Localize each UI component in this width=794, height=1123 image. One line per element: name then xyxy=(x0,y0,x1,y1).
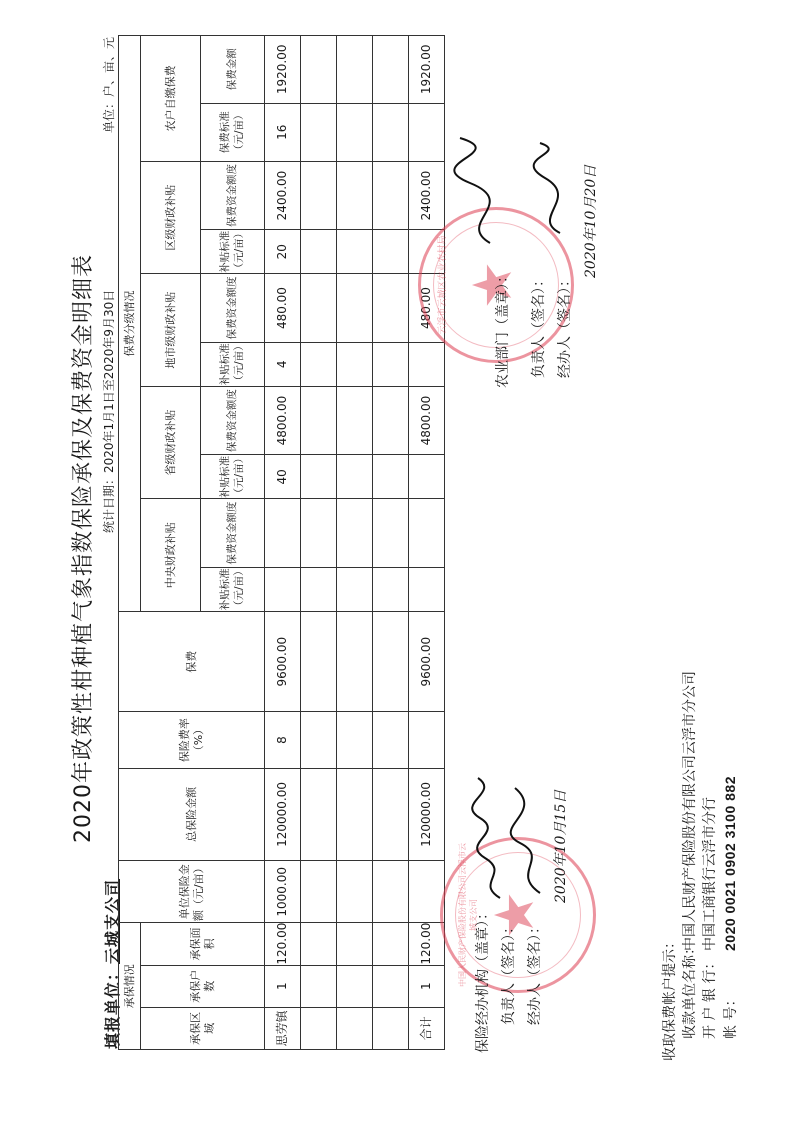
cell-dist-std: 20 xyxy=(265,230,301,274)
cell-muni-std xyxy=(337,342,373,386)
cell-muni-std xyxy=(373,342,409,386)
cell-dist-amt xyxy=(337,161,373,229)
cell-farmer-std xyxy=(409,103,445,161)
agri-org-label: 农业部门（盖章）： xyxy=(490,165,516,388)
cell-area xyxy=(301,923,337,965)
cell-area xyxy=(373,923,409,965)
cell-prov-std xyxy=(337,455,373,499)
cell-farmer-amt xyxy=(301,36,337,104)
cell-central-amt xyxy=(373,499,409,567)
cell-prov-std xyxy=(409,455,445,499)
cell-farmer-std: 16 xyxy=(265,103,301,161)
cell-premium xyxy=(301,611,337,711)
insurer-sign-block: 保险经办机构（盖章）： 负责人（签名）： 经办人（签名）： 2020年10月15… xyxy=(470,790,574,1053)
cell-prov-std: 40 xyxy=(265,455,301,499)
cell-prov-amt: 4800.00 xyxy=(265,386,301,454)
statistics-date: 统计日期：2020年1月1日至2020年9月30日 xyxy=(100,290,117,533)
cell-premium: 9600.00 xyxy=(265,611,301,711)
cell-region xyxy=(337,1007,373,1049)
header-unit-amount: 单位保险金额（元/亩） xyxy=(119,861,265,923)
cell-dist-amt xyxy=(301,161,337,229)
cell-rate xyxy=(373,712,409,768)
cell-rate xyxy=(337,712,373,768)
premium-detail-table: 承保情况 单位保险金额（元/亩） 总保险金额 保险费率（%） 保费 保费分级情况… xyxy=(118,35,445,1050)
cell-farmer-amt xyxy=(337,36,373,104)
header-premium: 保费 xyxy=(119,611,265,711)
insurer-org-label: 保险经办机构（盖章）： xyxy=(470,790,496,1053)
cell-dist-std xyxy=(373,230,409,274)
header-provincial-subsidy: 省级财政补贴 xyxy=(141,386,201,499)
cell-unit-amount xyxy=(301,861,337,923)
cell-region xyxy=(373,1007,409,1049)
account-number-label: 帐 号： xyxy=(721,951,741,1061)
cell-unit-amount xyxy=(373,861,409,923)
cell-farmer-std xyxy=(301,103,337,161)
header-premium-breakdown: 保费分级情况 xyxy=(119,36,141,612)
cell-central-amt xyxy=(337,499,373,567)
payee-label: 收款单位名称： xyxy=(680,951,700,1061)
header-dist-std: 补贴标准（元/亩） xyxy=(201,230,265,274)
header-muni-amt: 保费资金额度 xyxy=(201,274,265,342)
bank-value: 中国工商银行云浮市分行 xyxy=(702,797,718,951)
cell-prov-amt xyxy=(373,386,409,454)
cell-region xyxy=(301,1007,337,1049)
cell-households: 1 xyxy=(265,965,301,1007)
cell-farmer-std xyxy=(337,103,373,161)
table-row xyxy=(373,36,409,1050)
header-prov-std: 补贴标准（元/亩） xyxy=(201,455,265,499)
agri-head-label: 负责人（签名）： xyxy=(526,165,552,388)
cell-area: 120.00 xyxy=(265,923,301,965)
cell-unit-amount: 1000.00 xyxy=(265,861,301,923)
agri-date: 2020年10月20日 xyxy=(578,165,604,388)
cell-households xyxy=(373,965,409,1007)
header-central-amt: 保费资金额度 xyxy=(201,499,265,567)
cell-farmer-std xyxy=(373,103,409,161)
table-total-row: 合计1120.00120000.009600.004800.00480.0024… xyxy=(409,36,445,1050)
agri-sign-block: 农业部门（盖章）： 负责人（签名）： 经办人（签名）： 2020年10月20日 xyxy=(490,165,604,388)
account-heading: 收取保费帐户提示： xyxy=(660,671,680,1061)
cell-farmer-amt xyxy=(373,36,409,104)
header-region: 承保区域 xyxy=(141,1007,265,1049)
cell-central-amt xyxy=(301,499,337,567)
cell-rate: 8 xyxy=(265,712,301,768)
cell-muni-amt xyxy=(301,274,337,342)
cell-central-std xyxy=(301,567,337,611)
cell-central-std xyxy=(409,567,445,611)
header-central-std: 补贴标准（元/亩） xyxy=(201,567,265,611)
cell-region: 合计 xyxy=(409,1007,445,1049)
header-total-amount: 总保险金额 xyxy=(119,768,265,860)
cell-total-amount xyxy=(337,768,373,860)
cell-premium: 9600.00 xyxy=(409,611,445,711)
table-row xyxy=(337,36,373,1050)
header-farmer-std: 保费标准（元/亩） xyxy=(201,103,265,161)
header-farmer-amt: 保费金额 xyxy=(201,36,265,104)
rotated-document-page: 2020年政策性柑种植气象指数保险承保及保费资金明细表 填报单位：云城支公司 统… xyxy=(0,0,794,1123)
cell-premium xyxy=(373,611,409,711)
cell-muni-amt: 480.00 xyxy=(265,274,301,342)
header-district-subsidy: 区级财政补贴 xyxy=(141,161,201,274)
document-title: 2020年政策性柑种植气象指数保险承保及保费资金明细表 xyxy=(66,283,97,843)
header-prov-amt: 保费资金额度 xyxy=(201,386,265,454)
cell-prov-amt xyxy=(301,386,337,454)
cell-dist-std xyxy=(337,230,373,274)
cell-prov-amt: 4800.00 xyxy=(409,386,445,454)
header-area: 承保面积 xyxy=(141,923,265,965)
cell-central-amt xyxy=(409,499,445,567)
cell-households xyxy=(337,965,373,1007)
agri-stamp-text: 云浮市云城区农业农村局 xyxy=(435,210,448,360)
cell-unit-amount xyxy=(337,861,373,923)
cell-muni-amt xyxy=(337,274,373,342)
payee-value: 中国人民财产保险股份有限公司云浮市分公司 xyxy=(682,671,698,951)
cell-total-amount xyxy=(301,768,337,860)
cell-total-amount xyxy=(373,768,409,860)
cell-households xyxy=(301,965,337,1007)
header-central-subsidy: 中央财政补贴 xyxy=(141,499,201,612)
header-households: 承保户数 xyxy=(141,965,265,1007)
cell-muni-std: 4 xyxy=(265,342,301,386)
cell-central-std xyxy=(337,567,373,611)
cell-central-std xyxy=(373,567,409,611)
cell-premium xyxy=(337,611,373,711)
cell-region: 思劳镇 xyxy=(265,1007,301,1049)
cell-prov-std xyxy=(373,455,409,499)
header-municipal-subsidy: 地市级财政补贴 xyxy=(141,274,201,387)
payment-account-info: 收取保费帐户提示： 收款单位名称：中国人民财产保险股份有限公司云浮市分公司 开 … xyxy=(660,671,740,1061)
table-row: 思劳镇1120.001000.00120000.0089600.00404800… xyxy=(265,36,301,1050)
cell-muni-std xyxy=(301,342,337,386)
cell-rate xyxy=(301,712,337,768)
header-muni-std: 补贴标准（元/亩） xyxy=(201,342,265,386)
cell-total-amount: 120000.00 xyxy=(409,768,445,860)
cell-households: 1 xyxy=(409,965,445,1007)
cell-area: 120.00 xyxy=(409,923,445,965)
cell-muni-amt xyxy=(373,274,409,342)
bank-label: 开 户 银 行： xyxy=(700,951,720,1061)
header-rate: 保险费率（%） xyxy=(119,712,265,768)
header-dist-amt: 保费资金额度 xyxy=(201,161,265,229)
agri-handler-label: 经办人（签名）： xyxy=(552,165,578,388)
insurer-head-label: 负责人（签名）： xyxy=(496,790,522,1053)
insurer-handler-label: 经办人（签名）： xyxy=(522,790,548,1053)
cell-prov-amt xyxy=(337,386,373,454)
cell-dist-amt xyxy=(373,161,409,229)
cell-prov-std xyxy=(301,455,337,499)
cell-dist-amt: 2400.00 xyxy=(265,161,301,229)
cell-area xyxy=(337,923,373,965)
account-number-value: 2020 0021 0902 3100 882 xyxy=(722,776,738,951)
cell-farmer-amt: 1920.00 xyxy=(265,36,301,104)
header-underwriting: 承保情况 xyxy=(119,923,141,1050)
cell-central-amt xyxy=(265,499,301,567)
cell-farmer-amt: 1920.00 xyxy=(409,36,445,104)
cell-dist-std xyxy=(301,230,337,274)
table-row xyxy=(301,36,337,1050)
cell-central-std xyxy=(265,567,301,611)
cell-rate xyxy=(409,712,445,768)
insurer-date: 2020年10月15日 xyxy=(548,790,574,1053)
header-farmer-premium: 农户自缴保费 xyxy=(141,36,201,162)
unit-label: 单位：户、亩、元 xyxy=(100,37,117,133)
cell-total-amount: 120000.00 xyxy=(265,768,301,860)
